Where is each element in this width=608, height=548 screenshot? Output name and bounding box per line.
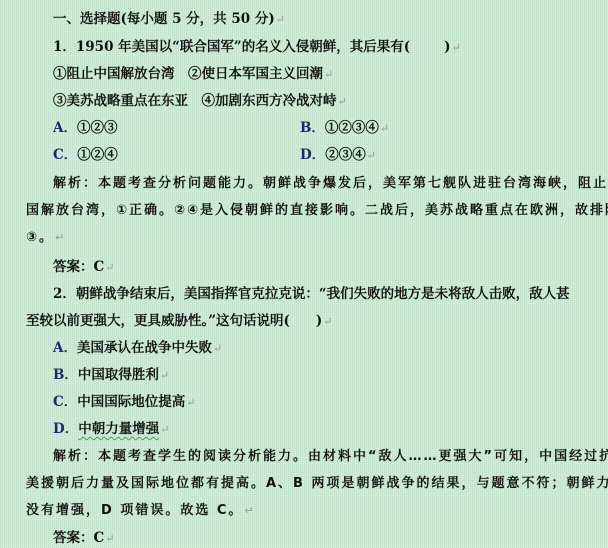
question-1-stem: 1．1950 年美国以“联合国军”的名义入侵朝鲜，其后果有()↵ [53, 37, 461, 58]
option-d: D．②③④↵ [300, 145, 376, 166]
option-c: C．中国国际地位提高↵ [53, 392, 195, 413]
question-2-stem: 2．朝鲜战争结束后，美国指挥官克拉克说：“我们失败的地方是未将敌人击败，敌人甚 [53, 284, 570, 304]
question-2-analysis: 没有增强，D 项错误。故选 C。↵ [26, 501, 256, 521]
question-2-stem: 至较以前更强大，更具威胁性。”这句话说明()↵ [26, 311, 333, 332]
question-1-answer: 答案：C↵ [53, 257, 114, 278]
paragraph-mark: ↵ [276, 13, 285, 26]
question-1-item-line: ③美苏战略重点在东亚 ④加剧东西方冷战对峙↵ [53, 91, 347, 112]
spellcheck-underline: 中朝力量增强 [78, 421, 159, 437]
option-c: C．①②④ [53, 145, 118, 165]
question-1-analysis: 解析：本题考查分析问题能力。朝鲜战争爆发后，美军第七舰队进驻台湾海峡，阻止中 [53, 174, 608, 194]
option-a: A．美国承认在战争中失败↵ [53, 338, 222, 359]
option-d: D．中朝力量增强↵ [53, 419, 169, 440]
option-b: B．①②③④↵ [300, 118, 389, 139]
option-a: A．①②③ [53, 118, 117, 138]
question-2-analysis: 解析：本题考查学生的阅读分析能力。由材料中“敌人……更强大”可知，中国经过抗 [53, 447, 608, 467]
question-2-answer: 答案：C↵ [53, 528, 114, 548]
question-1-analysis: 国解放台湾，①正确。②④是入侵朝鲜的直接影响。二战后，美苏战略重点在欧洲，故排除 [26, 201, 608, 221]
question-1-item-line: ①阻止中国解放台湾 ②使日本军国主义回潮↵ [53, 64, 333, 85]
section-heading: 一、选择题(每小题 5 分，共 50 分)↵ [53, 9, 285, 30]
question-2-analysis: 美援朝后力量及国际地位都有提高。A、B 两项是朝鲜战争的结果，与题意不符；朝鲜力… [26, 474, 608, 494]
option-b: B．中国取得胜利↵ [53, 365, 169, 386]
question-1-analysis: ③。↵ [26, 228, 66, 248]
